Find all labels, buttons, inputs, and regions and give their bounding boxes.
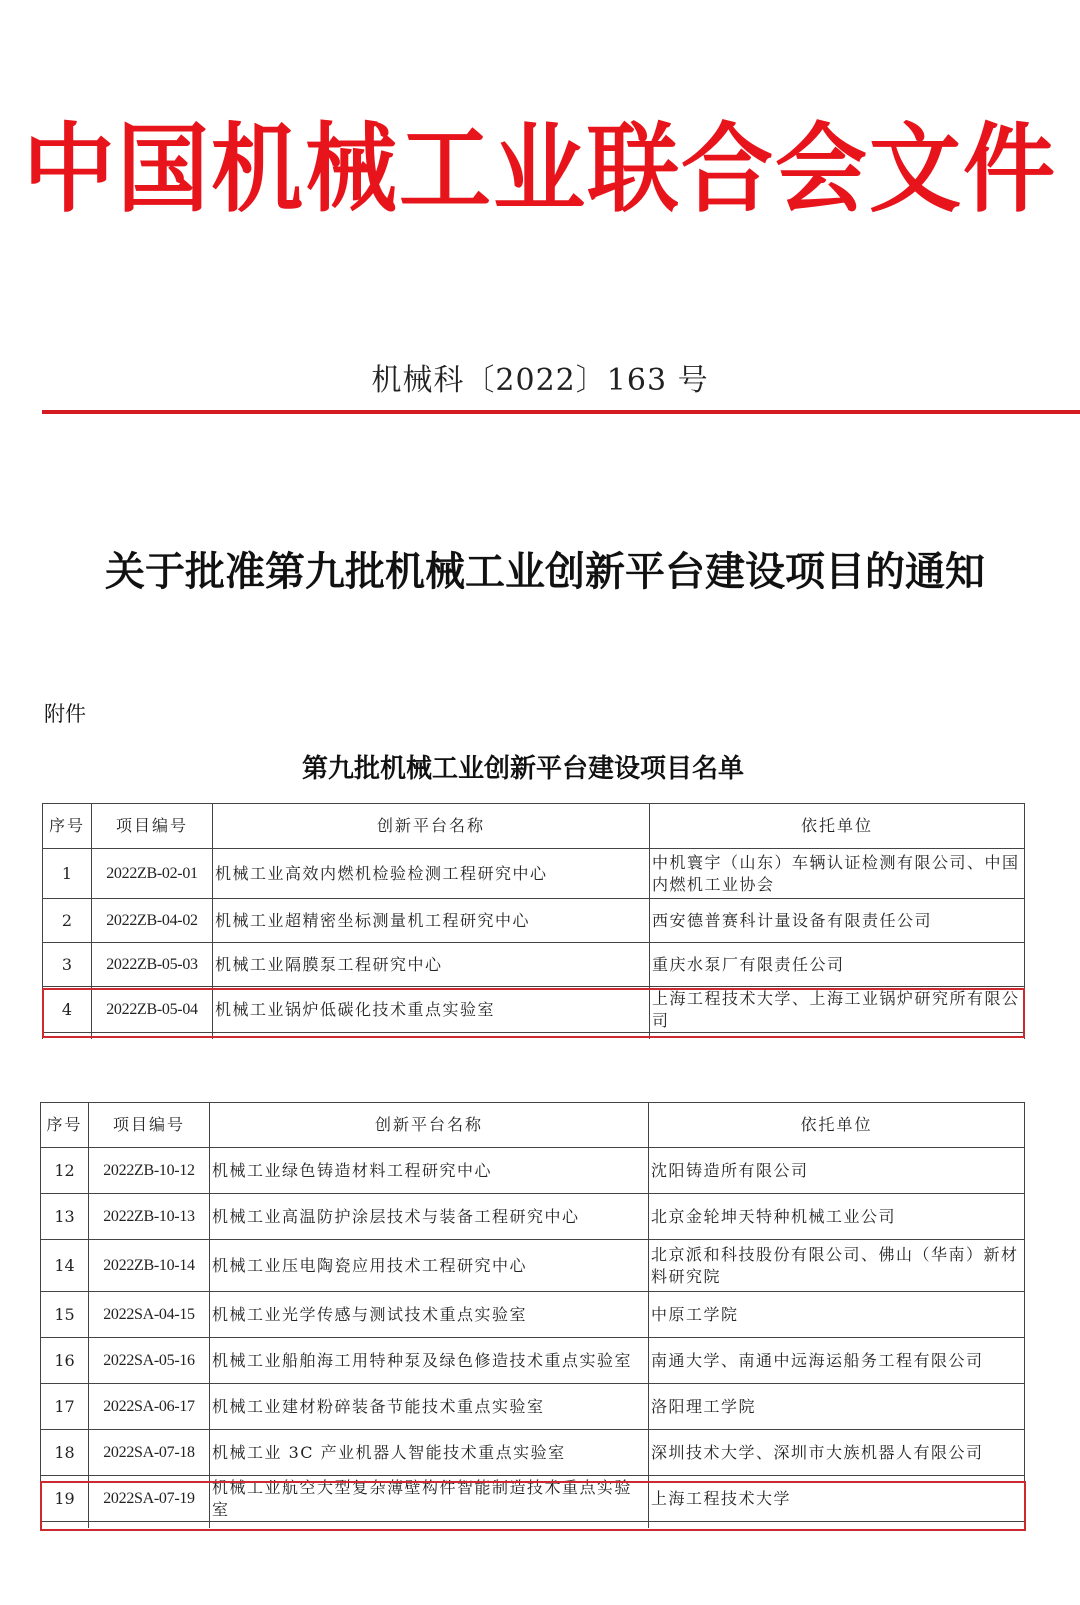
cell-unit: 沈阳铸造所有限公司: [649, 1148, 1025, 1194]
cell-name: 机械工业锅炉低碳化技术重点实验室: [213, 987, 650, 1033]
header-seq: 序号: [43, 804, 92, 849]
table-row: 18 2022SA-07-18 机械工业 3C 产业机器人智能技术重点实验室 深…: [41, 1430, 1025, 1476]
cell-name: 机械工业船舶海工用特种泵及绿色修造技术重点实验室: [210, 1338, 649, 1384]
cell-unit: 上海工程技术大学: [649, 1476, 1025, 1522]
cell-seq: 18: [41, 1430, 89, 1476]
cell-unit: 洛阳理工学院: [649, 1384, 1025, 1430]
list-title: 第九批机械工业创新平台建设项目名单: [0, 748, 1046, 785]
header-unit: 依托单位: [650, 804, 1025, 849]
project-table-2: 序号 项目编号 创新平台名称 依托单位 12 2022ZB-10-12 机械工业…: [40, 1102, 1025, 1528]
cell-seq: 13: [41, 1194, 89, 1240]
cell-code: 2022ZB-10-13: [89, 1194, 210, 1240]
cell-name: 机械工业隔膜泵工程研究中心: [213, 943, 650, 987]
cell-seq: 2: [43, 899, 92, 943]
header-code: 项目编号: [89, 1103, 210, 1148]
cell-seq: 4: [43, 987, 92, 1033]
cell-code: 2022SA-06-17: [89, 1384, 210, 1430]
cell-name: 机械工业航空大型复杂薄壁构件智能制造技术重点实验室: [210, 1476, 649, 1522]
cell-name: 机械工业超精密坐标测量机工程研究中心: [213, 899, 650, 943]
cell-name: 机械工业建材粉碎装备节能技术重点实验室: [210, 1384, 649, 1430]
cell-seq: 16: [41, 1338, 89, 1384]
cell-name: 机械工业绿色铸造材料工程研究中心: [210, 1148, 649, 1194]
cell-code: 2022ZB-05-04: [92, 987, 213, 1033]
cell-code: 2022ZB-10-12: [89, 1148, 210, 1194]
header-seq: 序号: [41, 1103, 89, 1148]
table-row: 12 2022ZB-10-12 机械工业绿色铸造材料工程研究中心 沈阳铸造所有限…: [41, 1148, 1025, 1194]
cell-seq: 19: [41, 1476, 89, 1522]
cell-name: 机械工业高效内燃机检验检测工程研究中心: [213, 849, 650, 899]
header-name: 创新平台名称: [213, 804, 650, 849]
table-row: 14 2022ZB-10-14 机械工业压电陶瓷应用技术工程研究中心 北京派和科…: [41, 1240, 1025, 1292]
cell-name: 机械工业 3C 产业机器人智能技术重点实验室: [210, 1430, 649, 1476]
cell-code: 2022SA-05-16: [89, 1338, 210, 1384]
table-row: 2 2022ZB-04-02 机械工业超精密坐标测量机工程研究中心 西安德普赛科…: [43, 899, 1025, 943]
cell-code: 2022ZB-02-01: [92, 849, 213, 899]
cell-unit: 重庆水泵厂有限责任公司: [650, 943, 1025, 987]
table-continuation-stub: [43, 1033, 1025, 1040]
cell-code: 2022SA-04-15: [89, 1292, 210, 1338]
table-continuation-stub: [41, 1522, 1025, 1529]
cell-seq: 15: [41, 1292, 89, 1338]
table-row: 15 2022SA-04-15 机械工业光学传感与测试技术重点实验室 中原工学院: [41, 1292, 1025, 1338]
cell-name: 机械工业光学传感与测试技术重点实验室: [210, 1292, 649, 1338]
cell-unit: 西安德普赛科计量设备有限责任公司: [650, 899, 1025, 943]
document-masthead: 中国机械工业联合会文件: [0, 112, 1080, 228]
project-table-1: 序号 项目编号 创新平台名称 依托单位 1 2022ZB-02-01 机械工业高…: [42, 803, 1025, 1039]
cell-code: 2022ZB-10-14: [89, 1240, 210, 1292]
cell-unit: 北京金轮坤天特种机械工业公司: [649, 1194, 1025, 1240]
table-row: 13 2022ZB-10-13 机械工业高温防护涂层技术与装备工程研究中心 北京…: [41, 1194, 1025, 1240]
header-name: 创新平台名称: [210, 1103, 649, 1148]
cell-unit: 北京派和科技股份有限公司、佛山（华南）新材料研究院: [649, 1240, 1025, 1292]
table-row: 17 2022SA-06-17 机械工业建材粉碎装备节能技术重点实验室 洛阳理工…: [41, 1384, 1025, 1430]
header-unit: 依托单位: [649, 1103, 1025, 1148]
cell-code: 2022ZB-04-02: [92, 899, 213, 943]
cell-seq: 17: [41, 1384, 89, 1430]
header-code: 项目编号: [92, 804, 213, 849]
red-divider-rule: [42, 410, 1080, 414]
cell-seq: 3: [43, 943, 92, 987]
table-row: 16 2022SA-05-16 机械工业船舶海工用特种泵及绿色修造技术重点实验室…: [41, 1338, 1025, 1384]
cell-code: 2022SA-07-18: [89, 1430, 210, 1476]
cell-unit: 南通大学、南通中远海运船务工程有限公司: [649, 1338, 1025, 1384]
cell-name: 机械工业高温防护涂层技术与装备工程研究中心: [210, 1194, 649, 1240]
cell-name: 机械工业压电陶瓷应用技术工程研究中心: [210, 1240, 649, 1292]
cell-seq: 1: [43, 849, 92, 899]
cell-unit: 中机寰宇（山东）车辆认证检测有限公司、中国内燃机工业协会: [650, 849, 1025, 899]
attachment-label: 附件: [44, 698, 86, 728]
cell-unit: 中原工学院: [649, 1292, 1025, 1338]
cell-code: 2022ZB-05-03: [92, 943, 213, 987]
notice-title: 关于批准第九批机械工业创新平台建设项目的通知: [0, 540, 1080, 597]
table-row: 3 2022ZB-05-03 机械工业隔膜泵工程研究中心 重庆水泵厂有限责任公司: [43, 943, 1025, 987]
cell-code: 2022SA-07-19: [89, 1476, 210, 1522]
cell-unit: 深圳技术大学、深圳市大族机器人有限公司: [649, 1430, 1025, 1476]
cell-seq: 14: [41, 1240, 89, 1292]
table-header-row: 序号 项目编号 创新平台名称 依托单位: [41, 1103, 1025, 1148]
table-row: 1 2022ZB-02-01 机械工业高效内燃机检验检测工程研究中心 中机寰宇（…: [43, 849, 1025, 899]
table-row-highlighted: 4 2022ZB-05-04 机械工业锅炉低碳化技术重点实验室 上海工程技术大学…: [43, 987, 1025, 1033]
cell-seq: 12: [41, 1148, 89, 1194]
table-header-row: 序号 项目编号 创新平台名称 依托单位: [43, 804, 1025, 849]
table-row-highlighted: 19 2022SA-07-19 机械工业航空大型复杂薄壁构件智能制造技术重点实验…: [41, 1476, 1025, 1522]
cell-unit: 上海工程技术大学、上海工业锅炉研究所有限公司: [650, 987, 1025, 1033]
document-number: 机械科〔2022〕163 号: [0, 355, 1080, 399]
